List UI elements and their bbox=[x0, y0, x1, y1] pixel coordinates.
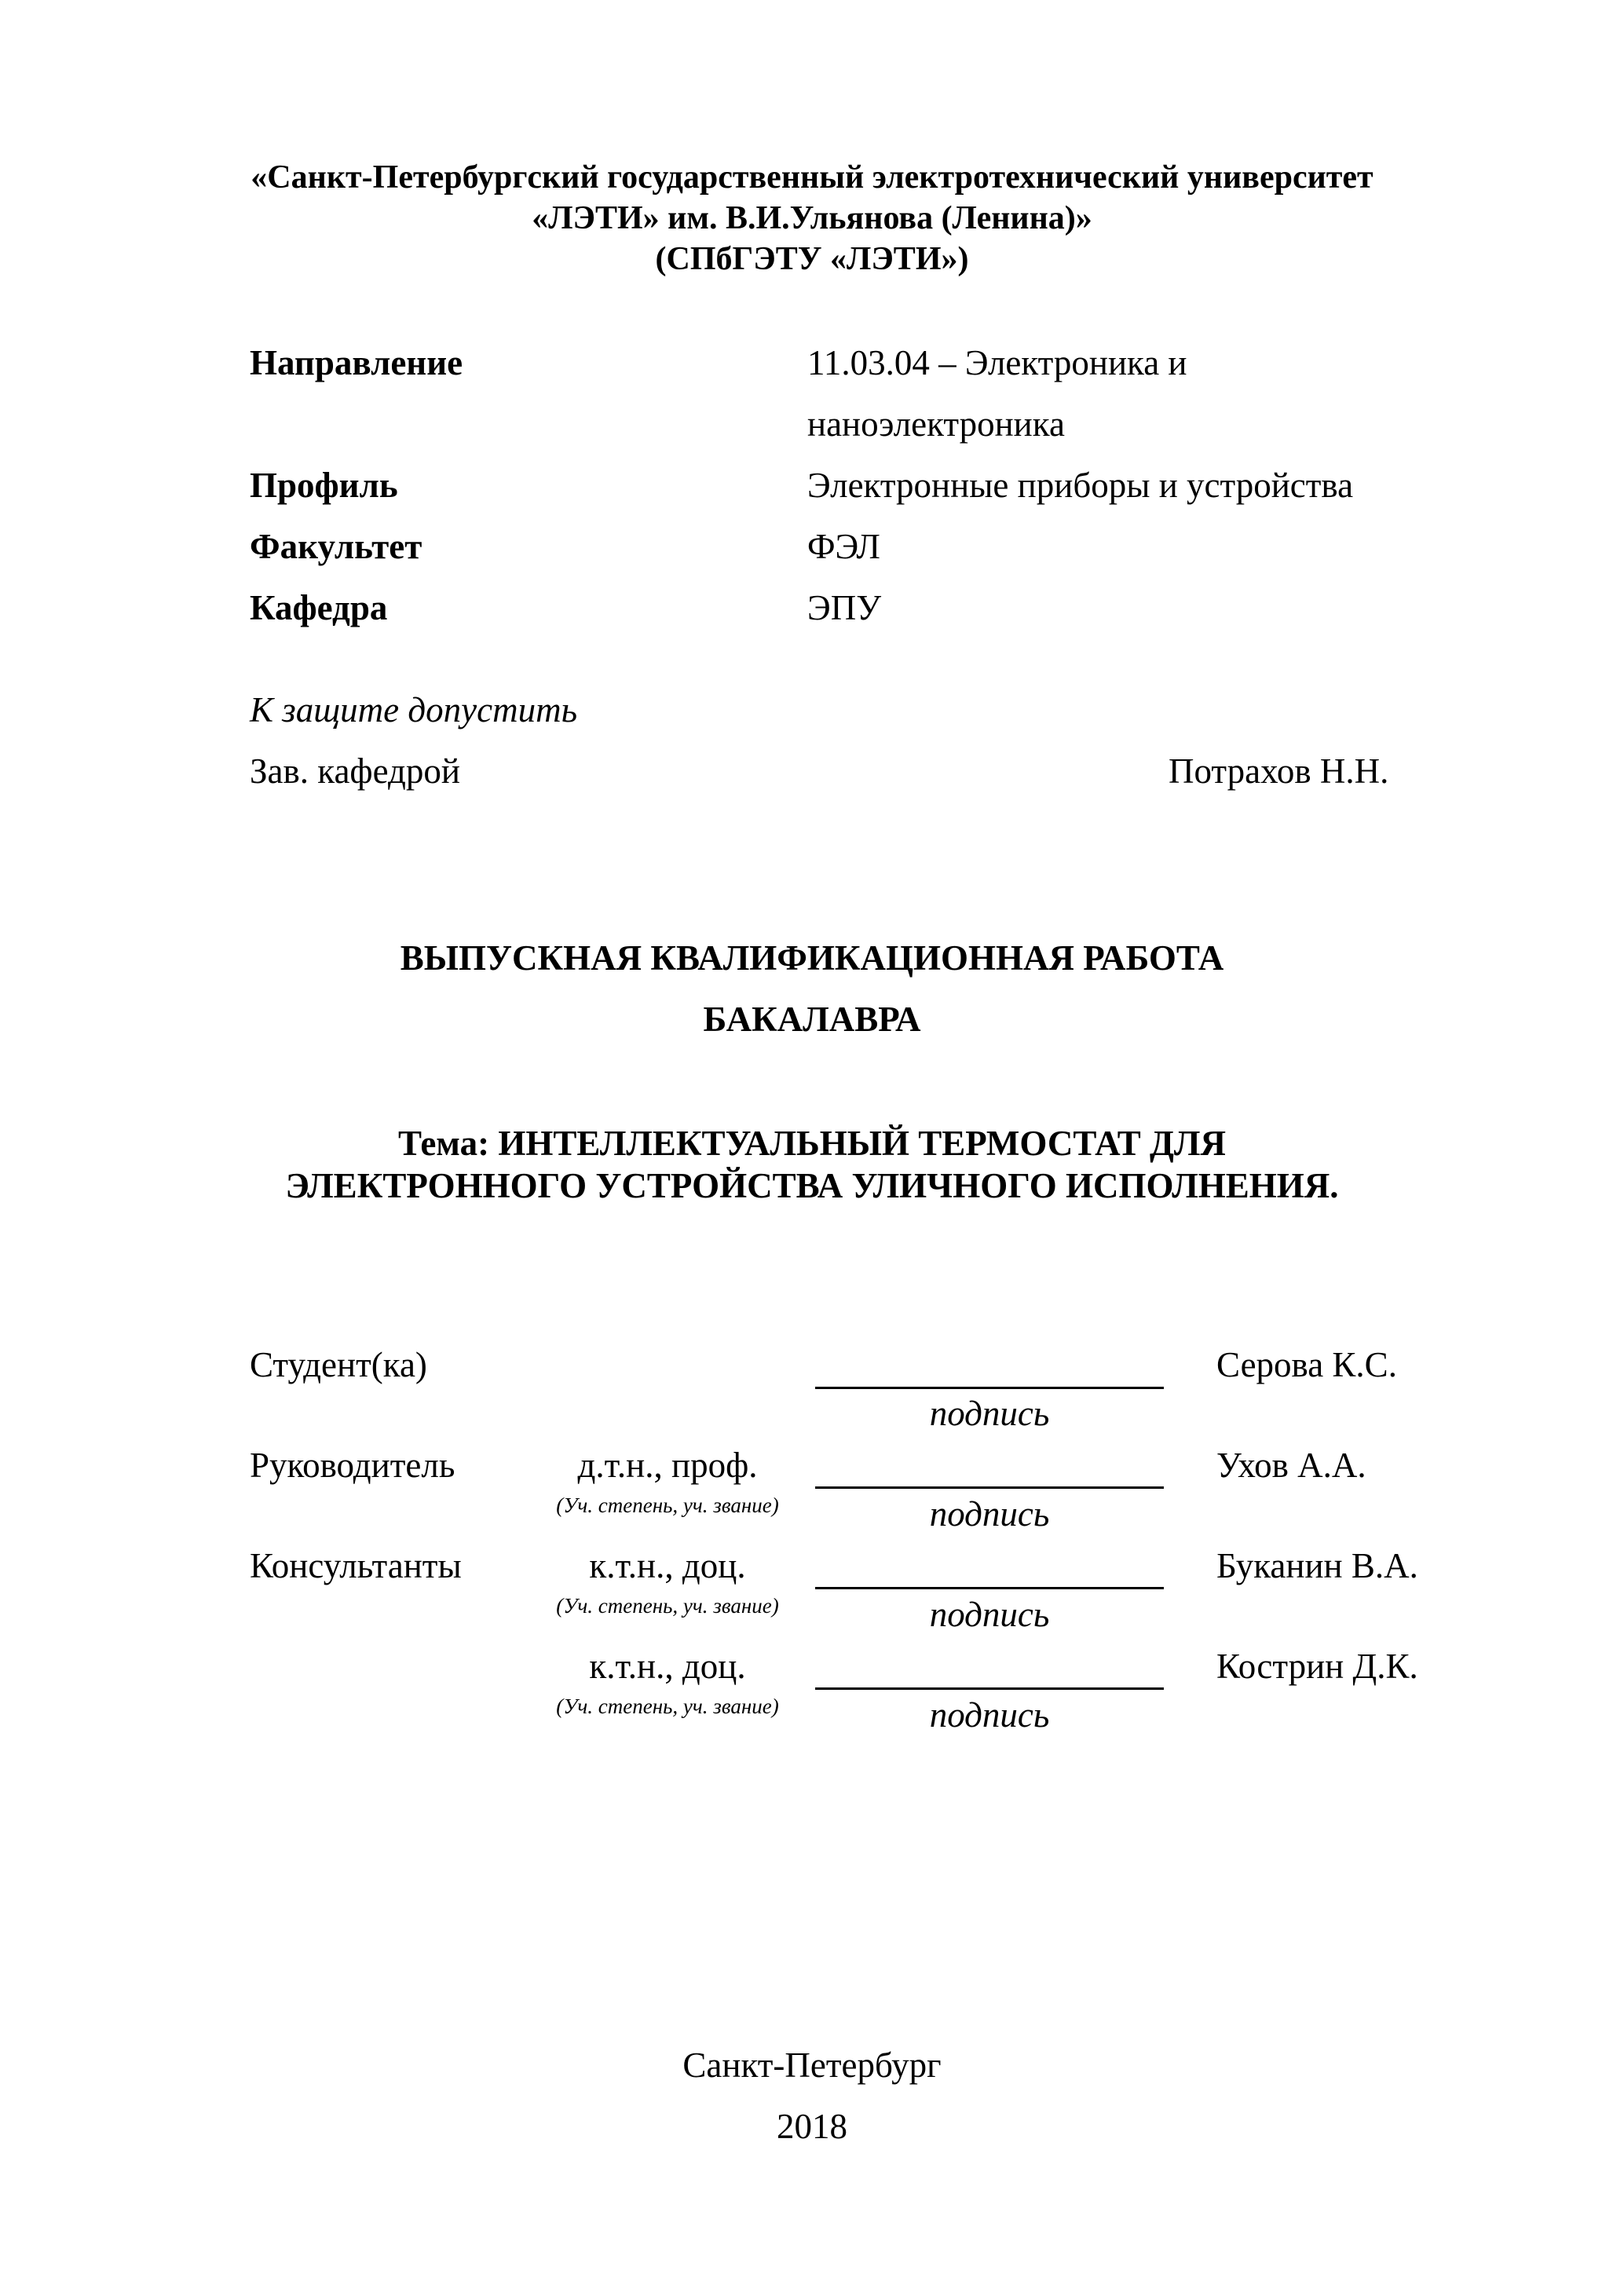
faculty-value: ФЭЛ bbox=[807, 526, 880, 567]
profile-label: Профиль bbox=[250, 465, 398, 506]
student-name: Серова К.С. bbox=[1216, 1344, 1397, 1385]
work-type-line2: БАКАЛАВРА bbox=[0, 999, 1624, 1040]
faculty-label: Факультет bbox=[250, 526, 422, 567]
consultant2-name: Кострин Д.К. bbox=[1216, 1646, 1418, 1687]
consultant1-signature-caption: подпись bbox=[815, 1594, 1164, 1635]
direction-label: Направление bbox=[250, 342, 463, 383]
consultant1-degree-caption: (Уч. степень, уч. звание) bbox=[534, 1594, 801, 1618]
consultant1-degree: к.т.н., доц. bbox=[534, 1545, 801, 1586]
city: Санкт-Петербург bbox=[0, 2045, 1624, 2086]
consultant2-signature-caption: подпись bbox=[815, 1695, 1164, 1735]
student-signature-caption: подпись bbox=[815, 1393, 1164, 1434]
department-value: ЭПУ bbox=[807, 587, 881, 628]
consultant1-signature-line bbox=[815, 1587, 1164, 1589]
university-abbreviation: (СПбГЭТУ «ЛЭТИ») bbox=[0, 240, 1624, 278]
student-signature-line bbox=[815, 1387, 1164, 1389]
topic-line1: Тема: ИНТЕЛЛЕКТУАЛЬНЫЙ ТЕРМОСТАТ ДЛЯ bbox=[0, 1123, 1624, 1164]
supervisor-degree: д.т.н., проф. bbox=[534, 1445, 801, 1486]
approval-caption: К защите допустить bbox=[250, 689, 577, 730]
consultant2-degree: к.т.н., доц. bbox=[534, 1646, 801, 1687]
consultant1-name: Буканин В.А. bbox=[1216, 1545, 1418, 1586]
supervisor-degree-caption: (Уч. степень, уч. звание) bbox=[534, 1493, 801, 1518]
year: 2018 bbox=[0, 2106, 1624, 2147]
consultant2-degree-caption: (Уч. степень, уч. звание) bbox=[534, 1695, 801, 1719]
head-of-department-name: Потрахов Н.Н. bbox=[1169, 751, 1388, 792]
head-of-department-label: Зав. кафедрой bbox=[250, 751, 460, 792]
department-label: Кафедра bbox=[250, 587, 387, 628]
direction-value-cont: наноэлектроника bbox=[807, 404, 1065, 444]
profile-value: Электронные приборы и устройства bbox=[807, 465, 1353, 506]
supervisor-name: Ухов А.А. bbox=[1216, 1445, 1366, 1486]
consultant2-signature-line bbox=[815, 1687, 1164, 1690]
work-type-line1: ВЫПУСКНАЯ КВАЛИФИКАЦИОННАЯ РАБОТА bbox=[0, 938, 1624, 978]
supervisor-signature-line bbox=[815, 1486, 1164, 1489]
university-name-line1: «Санкт-Петербургский государственный эле… bbox=[0, 159, 1624, 196]
supervisor-label: Руководитель bbox=[250, 1445, 455, 1486]
topic-line2: ЭЛЕКТРОННОГО УСТРОЙСТВА УЛИЧНОГО ИСПОЛНЕ… bbox=[0, 1165, 1624, 1206]
student-label: Студент(ка) bbox=[250, 1344, 427, 1385]
supervisor-signature-caption: подпись bbox=[815, 1493, 1164, 1534]
direction-value: 11.03.04 – Электроника и bbox=[807, 342, 1187, 383]
consultants-label: Консультанты bbox=[250, 1545, 462, 1586]
university-name-line2: «ЛЭТИ» им. В.И.Ульянова (Ленина)» bbox=[0, 199, 1624, 237]
